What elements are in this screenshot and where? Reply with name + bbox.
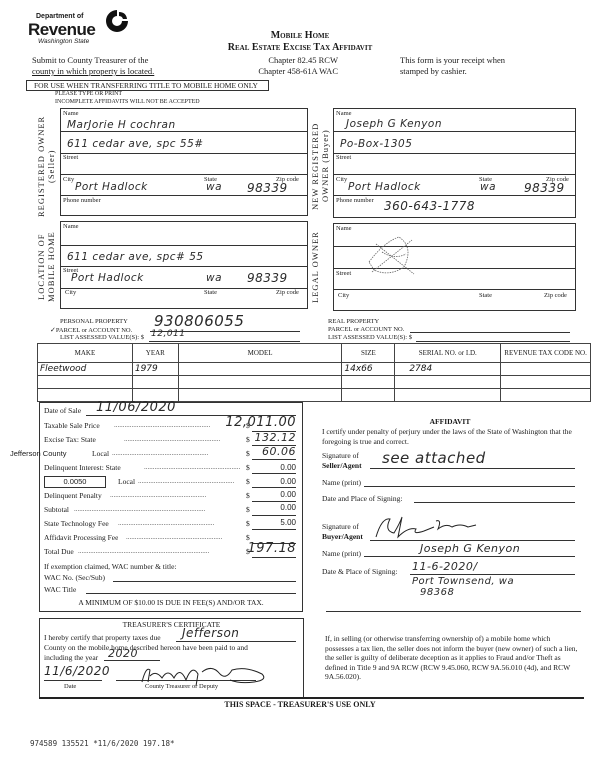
- cell-year[interactable]: 1979: [132, 363, 178, 376]
- cell-serial[interactable]: 2784: [395, 363, 501, 376]
- buyer-date-place-label: Date & Place of Signing:: [322, 567, 397, 576]
- date-of-sale-label: Date of Sale: [44, 406, 81, 415]
- legal-owner-city-label: City: [338, 292, 349, 299]
- buyer-signature-label-1: Signature of: [322, 522, 359, 531]
- currency-symbol: $: [246, 519, 250, 528]
- affidavit-title: AFFIDAVIT: [300, 417, 600, 426]
- incomplete-note: INCOMPLETE AFFIDAVITS WILL NOT BE ACCEPT…: [55, 99, 200, 105]
- total-due-label: Total Due: [44, 547, 74, 556]
- real-parcel-label: PARCEL or ACCOUNT NO.: [328, 326, 404, 333]
- seller-name-label: Name: [63, 110, 79, 117]
- wac-title-field[interactable]: [86, 585, 296, 594]
- treasurer-signature-field[interactable]: [116, 664, 256, 681]
- location-box: Name 611 cedar ave, spc# 55 Street Port …: [60, 221, 308, 309]
- taxable-price-label: Taxable Sale Price: [44, 421, 100, 430]
- local-rate-box[interactable]: 0.0050: [44, 476, 106, 488]
- col-header-model: MODEL: [178, 344, 342, 363]
- legal-owner-state-label: State: [479, 292, 492, 299]
- cashier-receipt-stamp: 974589 135521 *11/6/2020 197.18*: [30, 739, 175, 748]
- excise-state-label: Excise Tax: State: [44, 435, 96, 444]
- cell-size[interactable]: [342, 376, 395, 389]
- real-assessed-label: LIST ASSESSED VALUE(S): $: [328, 334, 412, 341]
- delinquent-interest-state-row: Delinquent Interest: State .............…: [44, 462, 296, 474]
- col-header-tax-code: REVENUE TAX CODE NO.: [501, 344, 591, 363]
- buyer-section-label: NEW REGISTERED OWNER (Buyer): [310, 112, 334, 220]
- seller-phone-label: Phone number: [63, 197, 101, 204]
- exemption-label: If exemption claimed, WAC number & title…: [44, 562, 177, 571]
- col-header-year: YEAR: [132, 344, 178, 363]
- treasurer-county-value: Jefferson: [182, 626, 239, 640]
- tax-lien-notice: If, in selling (or otherwise transferrin…: [325, 634, 580, 682]
- cell-make[interactable]: [38, 376, 133, 389]
- excise-local-value: 60.06: [262, 445, 296, 458]
- cell-model[interactable]: [178, 376, 342, 389]
- location-zip-label: Zip code: [276, 289, 299, 296]
- delinquent-penalty-field[interactable]: 0.00: [252, 490, 296, 502]
- buyer-city-label: City: [336, 176, 347, 183]
- personal-assessed-value: 12,011: [151, 329, 186, 339]
- currency-symbol: $: [246, 463, 250, 472]
- submit-instruction-1: Submit to County Treasurer of the: [32, 55, 148, 65]
- treasurer-line3: including the year: [44, 653, 98, 662]
- delinquent-interest-local-label: Local: [118, 477, 135, 486]
- real-parcel-field[interactable]: [410, 324, 570, 333]
- buyer-city-value[interactable]: Port Hadlock: [348, 181, 421, 193]
- type-or-print-note: PLEASE TYPE OR PRINT: [55, 91, 122, 97]
- seller-state-value[interactable]: wa: [206, 181, 222, 193]
- seller-street-value[interactable]: 611 cedar ave, spc 55#: [67, 138, 204, 150]
- submit-instruction-2: county in which property is located.: [32, 66, 154, 76]
- currency-symbol: $: [246, 449, 250, 458]
- affidavit-certify-text: I certify under penalty of perjury under…: [322, 427, 572, 446]
- receipt-note-1: This form is your receipt when: [400, 55, 505, 65]
- personal-property-label: PERSONAL PROPERTY: [60, 318, 128, 325]
- subtotal-field[interactable]: 0.00: [252, 504, 296, 516]
- treasurer-county-field[interactable]: Jefferson: [176, 630, 296, 642]
- seller-city-value[interactable]: Port Hadlock: [75, 181, 148, 193]
- tech-fee-label: State Technology Fee: [44, 519, 109, 528]
- treasurer-use-divider: [39, 697, 584, 699]
- buyer-zip-value[interactable]: 98339: [524, 181, 565, 195]
- seller-signature-label-2: Seller/Agent: [322, 461, 362, 470]
- currency-symbol: $: [246, 491, 250, 500]
- delinquent-interest-state-label: Delinquent Interest: State: [44, 463, 121, 472]
- buyer-name-print-field[interactable]: Joseph G Kenyon: [364, 541, 575, 557]
- treasurer-date-label: Date: [64, 683, 76, 690]
- excise-local-field[interactable]: 60.06: [252, 448, 296, 460]
- location-name-label: Name: [63, 223, 79, 230]
- form-title-line1: Mobile Home: [0, 30, 600, 41]
- buyer-state-value[interactable]: wa: [480, 181, 496, 193]
- mobile-home-table: MAKE YEAR MODEL SIZE SERIAL NO. or I.D. …: [37, 343, 591, 402]
- buyer-signature-field[interactable]: [370, 525, 575, 541]
- legal-owner-zip-label: Zip code: [544, 292, 567, 299]
- location-state-value[interactable]: wa: [206, 272, 222, 284]
- buyer-box: Name Joseph G Kenyon Po-Box-1305 Street …: [333, 108, 576, 218]
- form-title-line2: Real Estate Excise Tax Affidavit: [0, 42, 600, 53]
- wac-no-label: WAC No. (Sec/Sub): [44, 573, 105, 582]
- taxable-price-value: 12,011.00: [225, 415, 296, 430]
- excise-state-value: 132.12: [255, 431, 297, 444]
- personal-parcel-label-text: PARCEL or ACCOUNT NO.: [56, 327, 132, 334]
- cell-size[interactable]: 14x66: [342, 363, 395, 376]
- tech-fee-value: 5.00: [280, 518, 296, 527]
- seller-date-place-label: Date and Place of Signing:: [322, 494, 402, 503]
- delinquent-penalty-label: Delinquent Penalty: [44, 491, 102, 500]
- location-street-value[interactable]: 611 cedar ave, spc# 55: [67, 251, 204, 263]
- subtotal-value: 0.00: [280, 503, 296, 512]
- receipt-note-2: stamped by cashier.: [400, 66, 467, 76]
- delinquent-penalty-value: 0.00: [280, 490, 296, 499]
- col-header-size: SIZE: [342, 344, 395, 363]
- treasurer-signature-label: County Treasurer or Deputy: [145, 683, 218, 690]
- cell-model[interactable]: [178, 389, 342, 402]
- buyer-phone-label: Phone number: [336, 197, 374, 204]
- personal-parcel-label: ✓PARCEL or ACCOUNT NO.: [50, 326, 132, 334]
- total-due-field[interactable]: 197.18: [252, 546, 296, 558]
- personal-parcel-value: 930806055: [154, 312, 244, 330]
- seller-name-print-label: Name (print): [322, 478, 361, 487]
- cell-model[interactable]: [178, 363, 342, 376]
- seller-box: Name MarJorie H cochran 611 cedar ave, s…: [60, 108, 308, 216]
- delinquent-interest-local-value: 0.00: [280, 477, 296, 486]
- location-zip-value[interactable]: 98339: [247, 271, 288, 285]
- buyer-date-place-field[interactable]: 11-6-2020/: [410, 562, 575, 575]
- seller-section-label: REGISTERED OWNER (Seller): [36, 112, 60, 220]
- delinquent-interest-local-field[interactable]: 0.00: [252, 476, 296, 488]
- seller-zip-value[interactable]: 98339: [247, 181, 288, 195]
- legal-owner-street-label: Street: [336, 270, 351, 277]
- buyer-name-print-value: Joseph G Kenyon: [420, 542, 520, 555]
- treasurer-line1: I hereby certify that property taxes due: [44, 633, 161, 642]
- buyer-phone-value[interactable]: 360-643-1778: [384, 199, 475, 213]
- total-due-row: Total Due ..............................…: [44, 546, 296, 558]
- currency-symbol: $: [246, 477, 250, 486]
- buyer-street-label: Street: [336, 154, 351, 161]
- excise-local-label: Local: [92, 449, 109, 458]
- location-section-label: LOCATION OF MOBILE HOME: [36, 222, 60, 312]
- location-state-label: State: [204, 289, 217, 296]
- title-transfer-banner: FOR USE WHEN TRANSFERRING TITLE TO MOBIL…: [26, 80, 269, 91]
- table-header-row: MAKE YEAR MODEL SIZE SERIAL NO. or I.D. …: [38, 344, 591, 363]
- buyer-date-value: 11-6-2020/: [412, 560, 478, 573]
- currency-symbol: $: [246, 505, 250, 514]
- delinquent-interest-state-value: 0.00: [280, 463, 296, 472]
- subtotal-row: Subtotal ...............................…: [44, 504, 296, 516]
- treasurer-date-field[interactable]: 11/6/2020: [44, 664, 102, 681]
- legal-owner-section-label: LEGAL OWNER: [310, 224, 334, 310]
- col-header-serial: SERIAL NO. or I.D.: [395, 344, 501, 363]
- location-city-value[interactable]: Port Hadlock: [71, 272, 144, 284]
- seller-city-label: City: [63, 176, 74, 183]
- delinquent-interest-state-field[interactable]: 0.00: [252, 462, 296, 474]
- excise-local-row: Local ..................................…: [44, 448, 296, 460]
- buyer-street-value[interactable]: Po-Box-1305: [340, 138, 412, 150]
- personal-assessed-label: LIST ASSESSED VALUE(S): $: [60, 334, 144, 341]
- buyer-place-line1: Port Townsend, wa: [412, 576, 514, 587]
- seller-date-place-field[interactable]: [414, 494, 575, 503]
- buyer-signature-label-2: Buyer/Agent: [322, 532, 363, 541]
- col-header-make: MAKE: [38, 344, 133, 363]
- cell-size[interactable]: [342, 389, 395, 402]
- treasurer-line2: County on the mobile home described here…: [44, 643, 248, 652]
- delinquent-penalty-row: Delinquent Penalty .....................…: [44, 490, 296, 502]
- wac-title-label: WAC Title: [44, 585, 76, 594]
- cell-tax-code[interactable]: [501, 389, 591, 402]
- cell-serial[interactable]: [395, 389, 501, 402]
- affidavit-fee-label: Affidavit Processing Fee: [44, 533, 118, 542]
- chapter-wac: Chapter 458-61A WAC: [252, 66, 338, 76]
- buyer-name-print-label: Name (print): [322, 549, 361, 558]
- cell-year[interactable]: [132, 376, 178, 389]
- treasurer-use-only-label: THIS SPACE - TREASURER'S USE ONLY: [0, 700, 600, 709]
- table-row: Fleetwood 1979 14x66 2784: [38, 363, 591, 376]
- seller-street-label: Street: [63, 154, 78, 161]
- real-assessed-field[interactable]: [416, 333, 570, 342]
- cell-make[interactable]: Fleetwood: [38, 363, 133, 376]
- scribble-crossout-icon: [364, 232, 424, 280]
- seller-name-value[interactable]: MarJorie H cochran: [67, 119, 176, 131]
- date-of-sale-value: 11/06/2020: [96, 400, 176, 415]
- treasurer-certificate-title: TREASURER'S CERTIFICATE: [39, 620, 304, 629]
- real-property-label: REAL PROPERTY: [328, 318, 379, 325]
- currency-symbol: $: [246, 435, 250, 444]
- seller-signature-label-1: Signature of: [322, 451, 359, 460]
- personal-assessed-field[interactable]: 12,011: [149, 332, 300, 342]
- chapter-rcw: Chapter 82.45 RCW: [262, 55, 338, 65]
- delinquent-interest-local-row: 0.0050 Local ...........................…: [44, 476, 296, 489]
- legal-owner-box: Name Street City State Zip code: [333, 223, 576, 311]
- treasurer-date-value: 11/6/2020: [44, 664, 110, 678]
- subtotal-label: Subtotal: [44, 505, 69, 514]
- buyer-name-value[interactable]: Joseph G Kenyon: [346, 118, 442, 130]
- cell-tax-code[interactable]: [501, 376, 591, 389]
- treasurer-year-value: 2020: [108, 647, 138, 660]
- affidavit-divider: [326, 611, 581, 612]
- tech-fee-field[interactable]: 5.00: [252, 518, 296, 530]
- cell-tax-code[interactable]: [501, 363, 591, 376]
- buyer-name-label: Name: [336, 110, 352, 117]
- buyer-place-line2: 98368: [420, 587, 454, 598]
- excise-state-row: Excise Tax: State ......................…: [44, 434, 296, 446]
- location-city-label: City: [65, 289, 76, 296]
- seller-name-print-field[interactable]: [364, 478, 575, 487]
- seller-signature-field[interactable]: see attached: [370, 452, 575, 469]
- tech-fee-row: State Technology Fee ...................…: [44, 518, 296, 530]
- buyer-signature-scribble-icon: [372, 513, 482, 541]
- total-due-value: 197.18: [248, 541, 297, 556]
- logo-dept-text: Department of: [36, 13, 83, 20]
- minimum-due-note: A MINIMUM OF $10.00 IS DUE IN FEE(S) AND…: [39, 598, 303, 607]
- seller-signature-value: see attached: [382, 449, 486, 467]
- wac-no-field[interactable]: [113, 573, 296, 582]
- cell-serial[interactable]: [395, 376, 501, 389]
- table-row: [38, 376, 591, 389]
- legal-owner-name-label: Name: [336, 225, 352, 232]
